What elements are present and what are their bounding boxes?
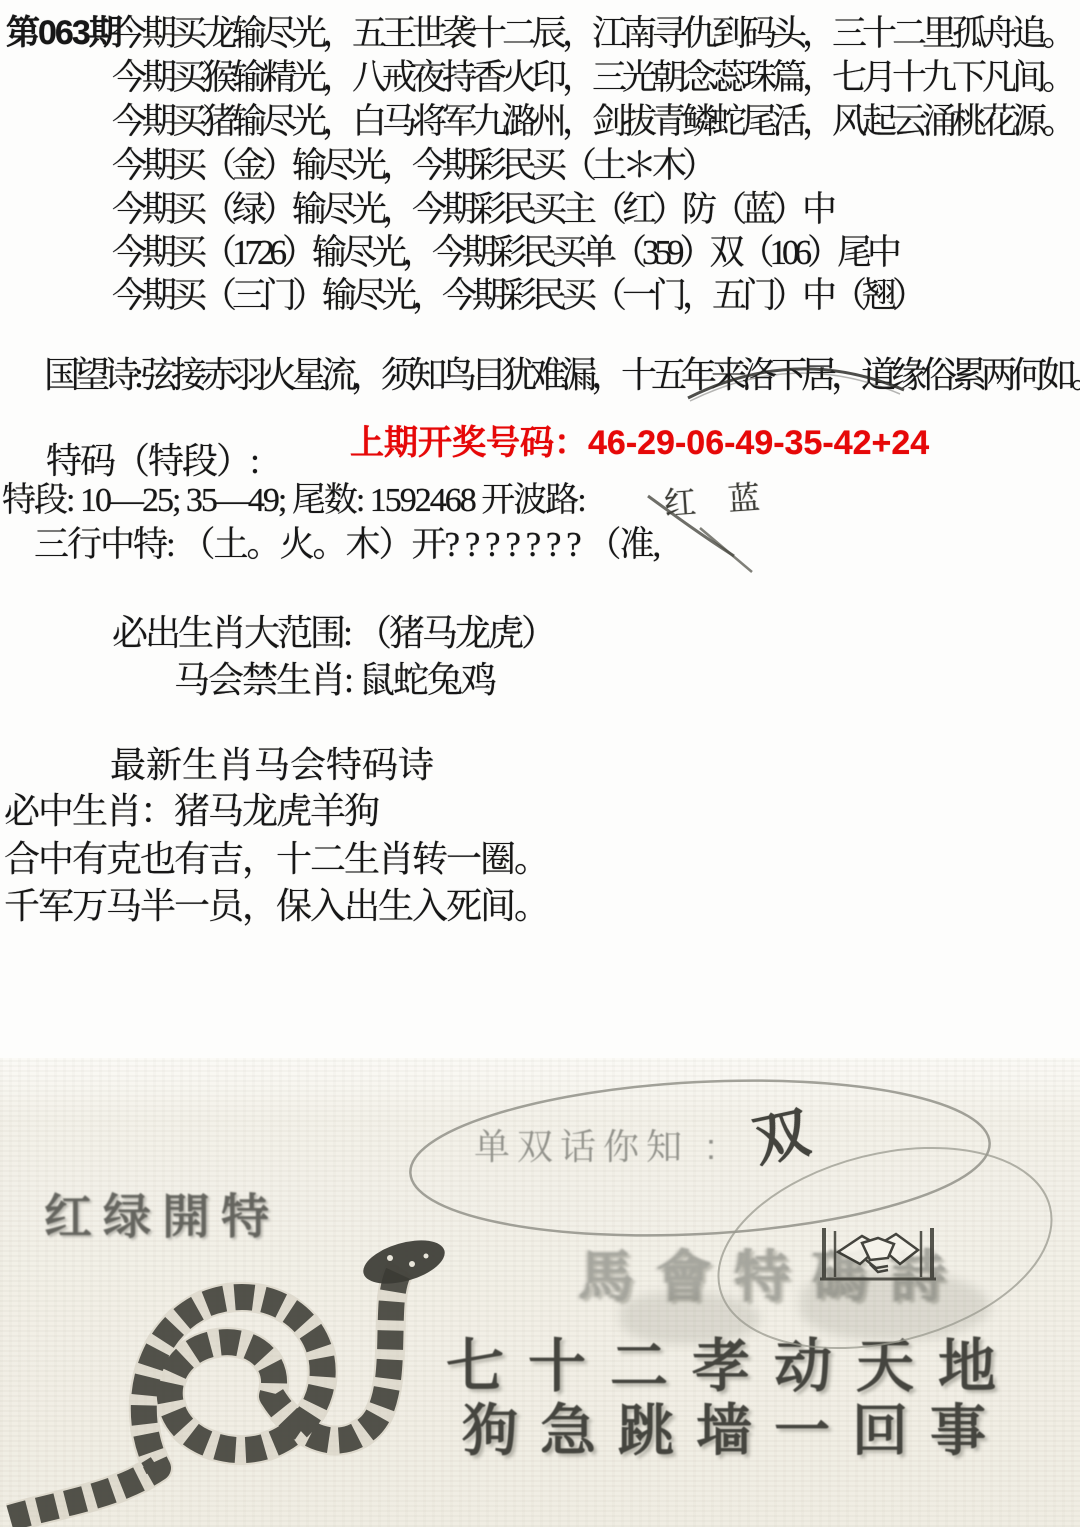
- top-poem-line: 今期买（绿）输尽光，今期彩民买主（红）防（蓝）中: [112, 190, 832, 230]
- guowang-poem-text: 弦接赤羽火星流，须知鸟目犹难漏，十五年来洛下居，道缘俗累两何如。: [141, 355, 1080, 395]
- bottom-verse-line-2: 狗急跳墙一回事: [462, 1400, 1008, 1464]
- issue-number: 第063期: [6, 14, 121, 53]
- three-row-line: 三行中特: （土。火。木）开? ? ? ? ? ? ? （准,: [34, 525, 659, 565]
- special-heading: 特码（特段）:: [46, 441, 258, 482]
- top-poem-line: 今期买龙输尽光，五王世袭十二辰，江南寻仇到码头，三十二里孤舟追。: [112, 14, 1072, 54]
- danshuang-label: 单双话你知 :: [474, 1126, 723, 1167]
- top-poem-line: 今期买猴输精光，八戒夜持香火印，三光朝念蕊珠篇，七月十九下凡间。: [112, 58, 1072, 98]
- zodiac-banned-line: 马会禁生肖: 鼠蛇兔鸡: [174, 660, 495, 701]
- zodiac-range-line: 必出生肖大范围: （猪马龙虎）: [112, 613, 554, 654]
- top-poem-line: 今期买（1726）输尽光，今期彩民买单（359）双（106）尾中: [112, 233, 897, 273]
- latest-poem-line: 合中有克也有吉，十二生肖转一圈。: [4, 839, 548, 880]
- top-poem-line: 今期买（三门）输尽光，今期彩民买（一门，五门）中（翘）: [112, 276, 922, 316]
- guowang-poem-label: 国望诗:: [44, 355, 138, 395]
- latest-poem-line: 必中生肖：猪马龙虎羊狗: [4, 791, 378, 832]
- latest-poem-line: 千军万马半一员，保入出生入死间。: [4, 886, 548, 927]
- zhun-slash: [700, 528, 752, 572]
- wave-road-value: 红 蓝: [663, 478, 773, 522]
- bottom-verse-line-1: 七十二孝动天地: [446, 1334, 1020, 1401]
- special-segment-line: 特段: 10—25; 35—49; 尾数: 1592468 开波路:: [2, 481, 585, 520]
- top-poem-line: 今期买猪输尽光，白马将军九潞州，剑拔青鳞蛇尾活，风起云涌桃花源。: [112, 102, 1072, 142]
- snake-icon: [0, 1180, 500, 1527]
- lottery-tip-sheet: 第063期 今期买龙输尽光，五王世袭十二辰，江南寻仇到码头，三十二里孤舟追。 今…: [0, 0, 1080, 1527]
- guowang-poem-line: 国望诗: 弦接赤羽火星流，须知鸟目犹难漏，十五年来洛下居，道缘俗累两何如。: [44, 355, 1080, 396]
- handshake-icon: [818, 1216, 938, 1292]
- top-poem-line: 今期买（金）输尽光，今期彩民买（土＊木）: [112, 146, 712, 186]
- last-draw-numbers: 上期开奖号码：46-29-06-49-35-42+24: [350, 424, 929, 463]
- latest-poem-title: 最新生肖马会特码诗: [110, 745, 434, 786]
